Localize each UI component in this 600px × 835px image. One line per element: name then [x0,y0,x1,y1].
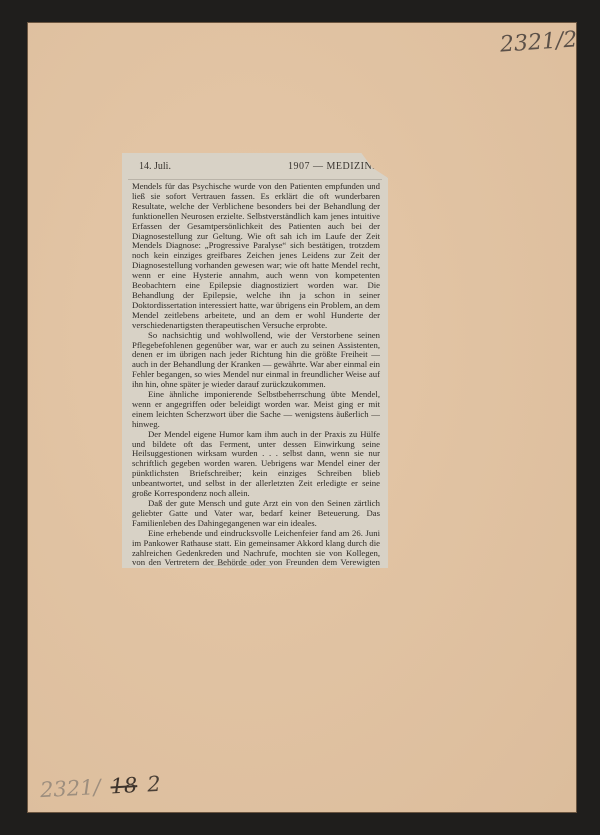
paragraph: Der Mendel eigene Humor kam ihm auch in … [132,430,380,499]
clipping-body: Mendels für das Psychische wurde von den… [132,182,380,598]
bottom-rule [212,565,272,566]
paragraph: Daß der gute Mensch und gute Arzt ein vo… [132,499,380,529]
clipping-header: 14. Juli. 1907 — MEDIZINI [122,153,388,181]
paragraph: Mendels für das Psychische wurde von den… [132,182,380,331]
struck-number: 18 [110,773,138,798]
header-rule [128,179,382,180]
paragraph: So nachsichtig und wohlwollend, wie der … [132,331,380,390]
clipping-date: 14. Juli. [139,161,171,172]
newspaper-clipping: 14. Juli. 1907 — MEDIZINI Mendels für da… [122,153,388,568]
pencil-signature-number: 2321/ [39,775,101,802]
paragraph: Eine ähnliche imponierende Selbstbeherrs… [132,390,380,430]
page-number: 2 [147,772,162,797]
journal-title: 1907 — MEDIZINI [288,161,376,172]
